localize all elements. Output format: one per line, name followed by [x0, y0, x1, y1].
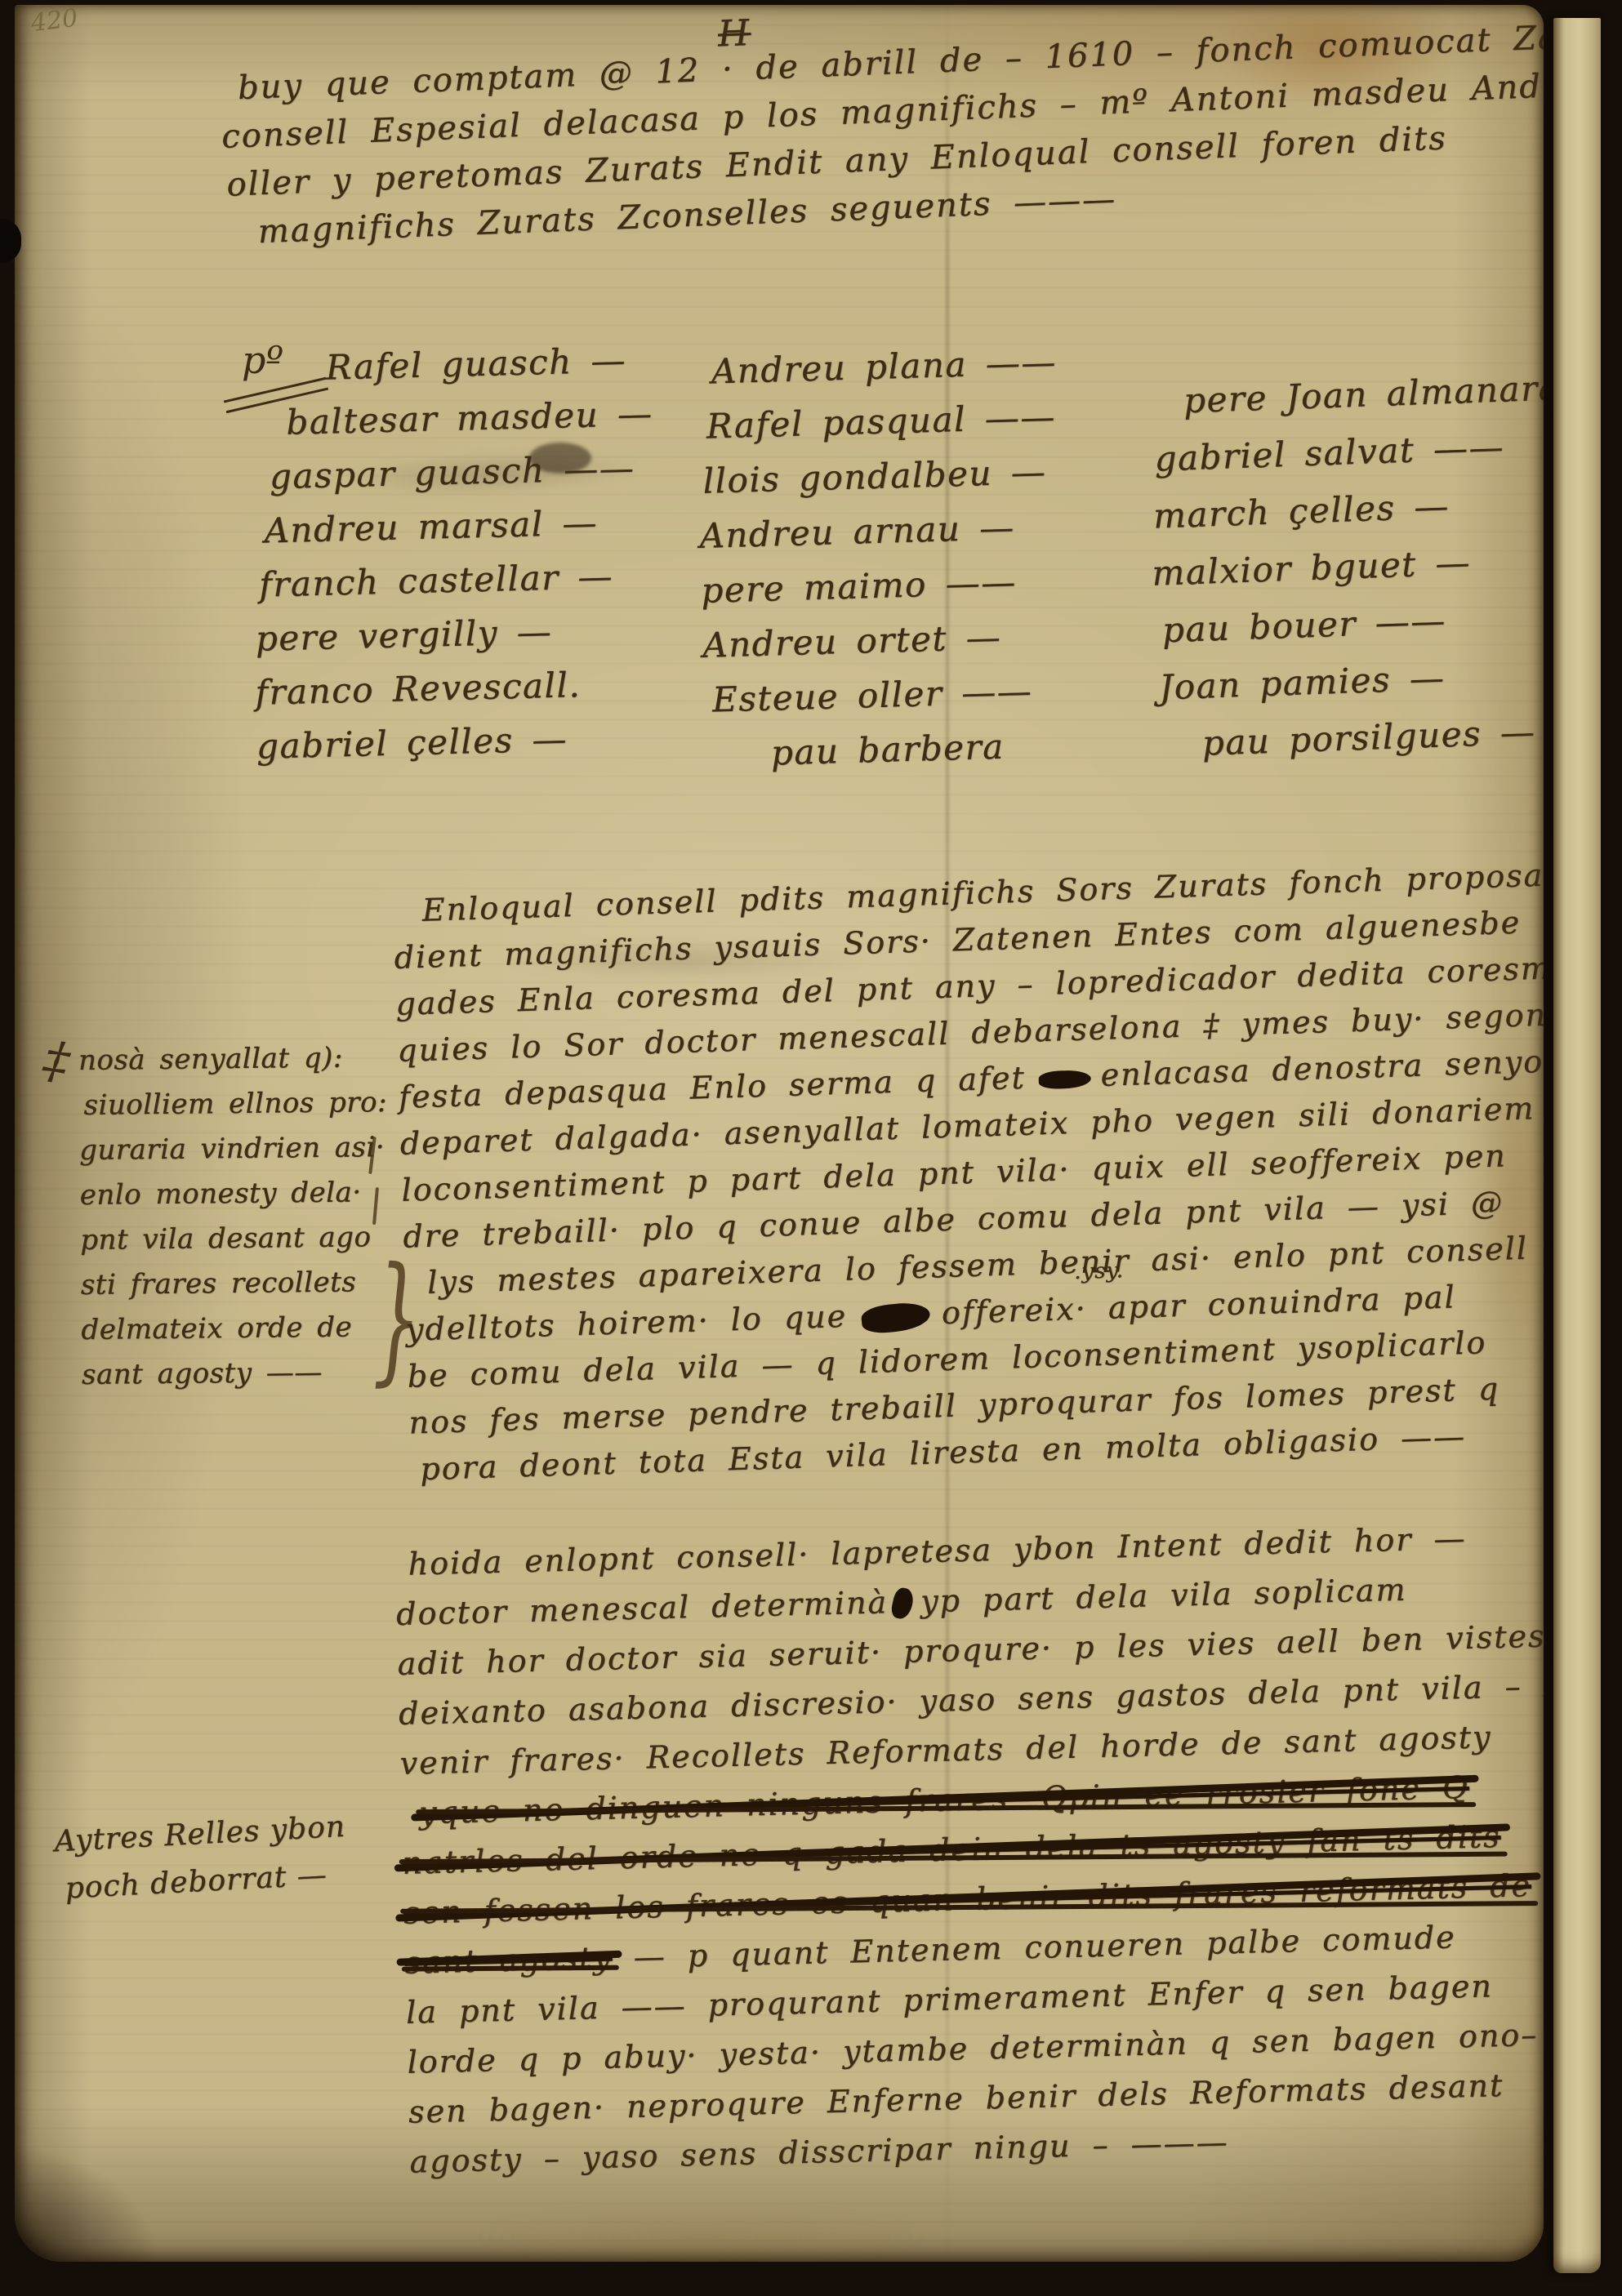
name-entry: Rafel pasqual —— — [706, 389, 1059, 454]
corner-shadow — [15, 2126, 183, 2262]
margin-note-line: siuolliem ellnos pro: — [83, 1080, 387, 1128]
name-entry: franco Revescall. — [255, 656, 661, 720]
name-entry: pau barbera — [770, 717, 1068, 780]
ink-blot — [861, 1300, 932, 1334]
names-column-2: Andreu plana —— Rafel pasqual —— llois g… — [694, 335, 1068, 782]
paper-stain — [472, 2208, 929, 2262]
manuscript-scan: 420 H buy que comptam @ 12 · de abrill d… — [0, 0, 1622, 2296]
second-page-edge — [1553, 18, 1601, 2273]
margin-note-line: delmateix orde de — [81, 1305, 390, 1353]
margin-note-line: enlo monesty dela· — [79, 1170, 388, 1218]
ink-blot — [1038, 1070, 1091, 1089]
margin-note-line: guraria vindrien asi· — [79, 1125, 388, 1173]
body-line-part: yp part dela vila soplicam — [920, 1572, 1407, 1620]
insertion-mark: H — [717, 9, 752, 59]
margin-note-line: sti frares recollets — [81, 1260, 390, 1308]
name-entry: pere maimo —— — [700, 554, 1063, 618]
margin-note-line: sant agosty —— — [82, 1350, 390, 1398]
margin-note-2: Aytres Relles ybon poch deborrat — — [53, 1804, 349, 1914]
names-column-1: Rafel guasch — baltesar masdeu — gaspar … — [245, 333, 662, 774]
name-entry: Andreu ortet — — [702, 608, 1065, 673]
name-entry: llois gondalbeu — — [702, 444, 1061, 509]
margin-note-line: nosà senyallat q): — [78, 1035, 387, 1083]
page-number: 420 — [29, 5, 79, 38]
margin-note-1: nosà senyallat q): siuolliem ellnos pro:… — [78, 1035, 390, 1398]
name-entry: franch castellar — — [258, 549, 657, 612]
body-line-part: ydelltots hoirem· lo que — [405, 1298, 847, 1348]
name-entry: gabriel çelles — — [256, 710, 662, 774]
name-entry: Andreu marsal — — [264, 495, 657, 558]
name-entry: Rafel guasch — — [325, 333, 653, 395]
margin-note-line: pnt vila desant ago — [80, 1215, 389, 1263]
body-line-part: doctor menescal determinà — [396, 1584, 889, 1632]
name-entry: gaspar guasch —— — [269, 441, 655, 504]
body-line-part: enlacasa denostra senyora — [1100, 1042, 1544, 1092]
ink-blot — [889, 1586, 916, 1621]
names-column-3: pere Joan almanara. gabriel salvat —— ma… — [1143, 359, 1544, 774]
obelus-mark: ‡ — [40, 1029, 74, 1092]
header-paragraph: H buy que comptam @ 12 · de abrill de – … — [219, 10, 1544, 258]
interline-insertion: .ysy. — [1073, 1248, 1125, 1296]
strikethrough-text: sant agosty — [404, 1933, 613, 1988]
name-entry: Andreu plana —— — [711, 335, 1058, 399]
name-entry: pere vergilly — — [255, 603, 659, 666]
name-entry: baltesar masdeu — — [286, 387, 654, 450]
body-paragraph-1: .ysy. Enloqual consell pdits magnifichs … — [392, 852, 1544, 1493]
name-entry: Andreu arnau — — [699, 499, 1063, 563]
name-entry: Esteue oller —— — [711, 662, 1067, 727]
body-paragraph-2: hoida enlopnt consell· lapretesa ybon In… — [394, 1510, 1544, 2187]
manuscript-page: 420 H buy que comptam @ 12 · de abrill d… — [15, 5, 1544, 2262]
